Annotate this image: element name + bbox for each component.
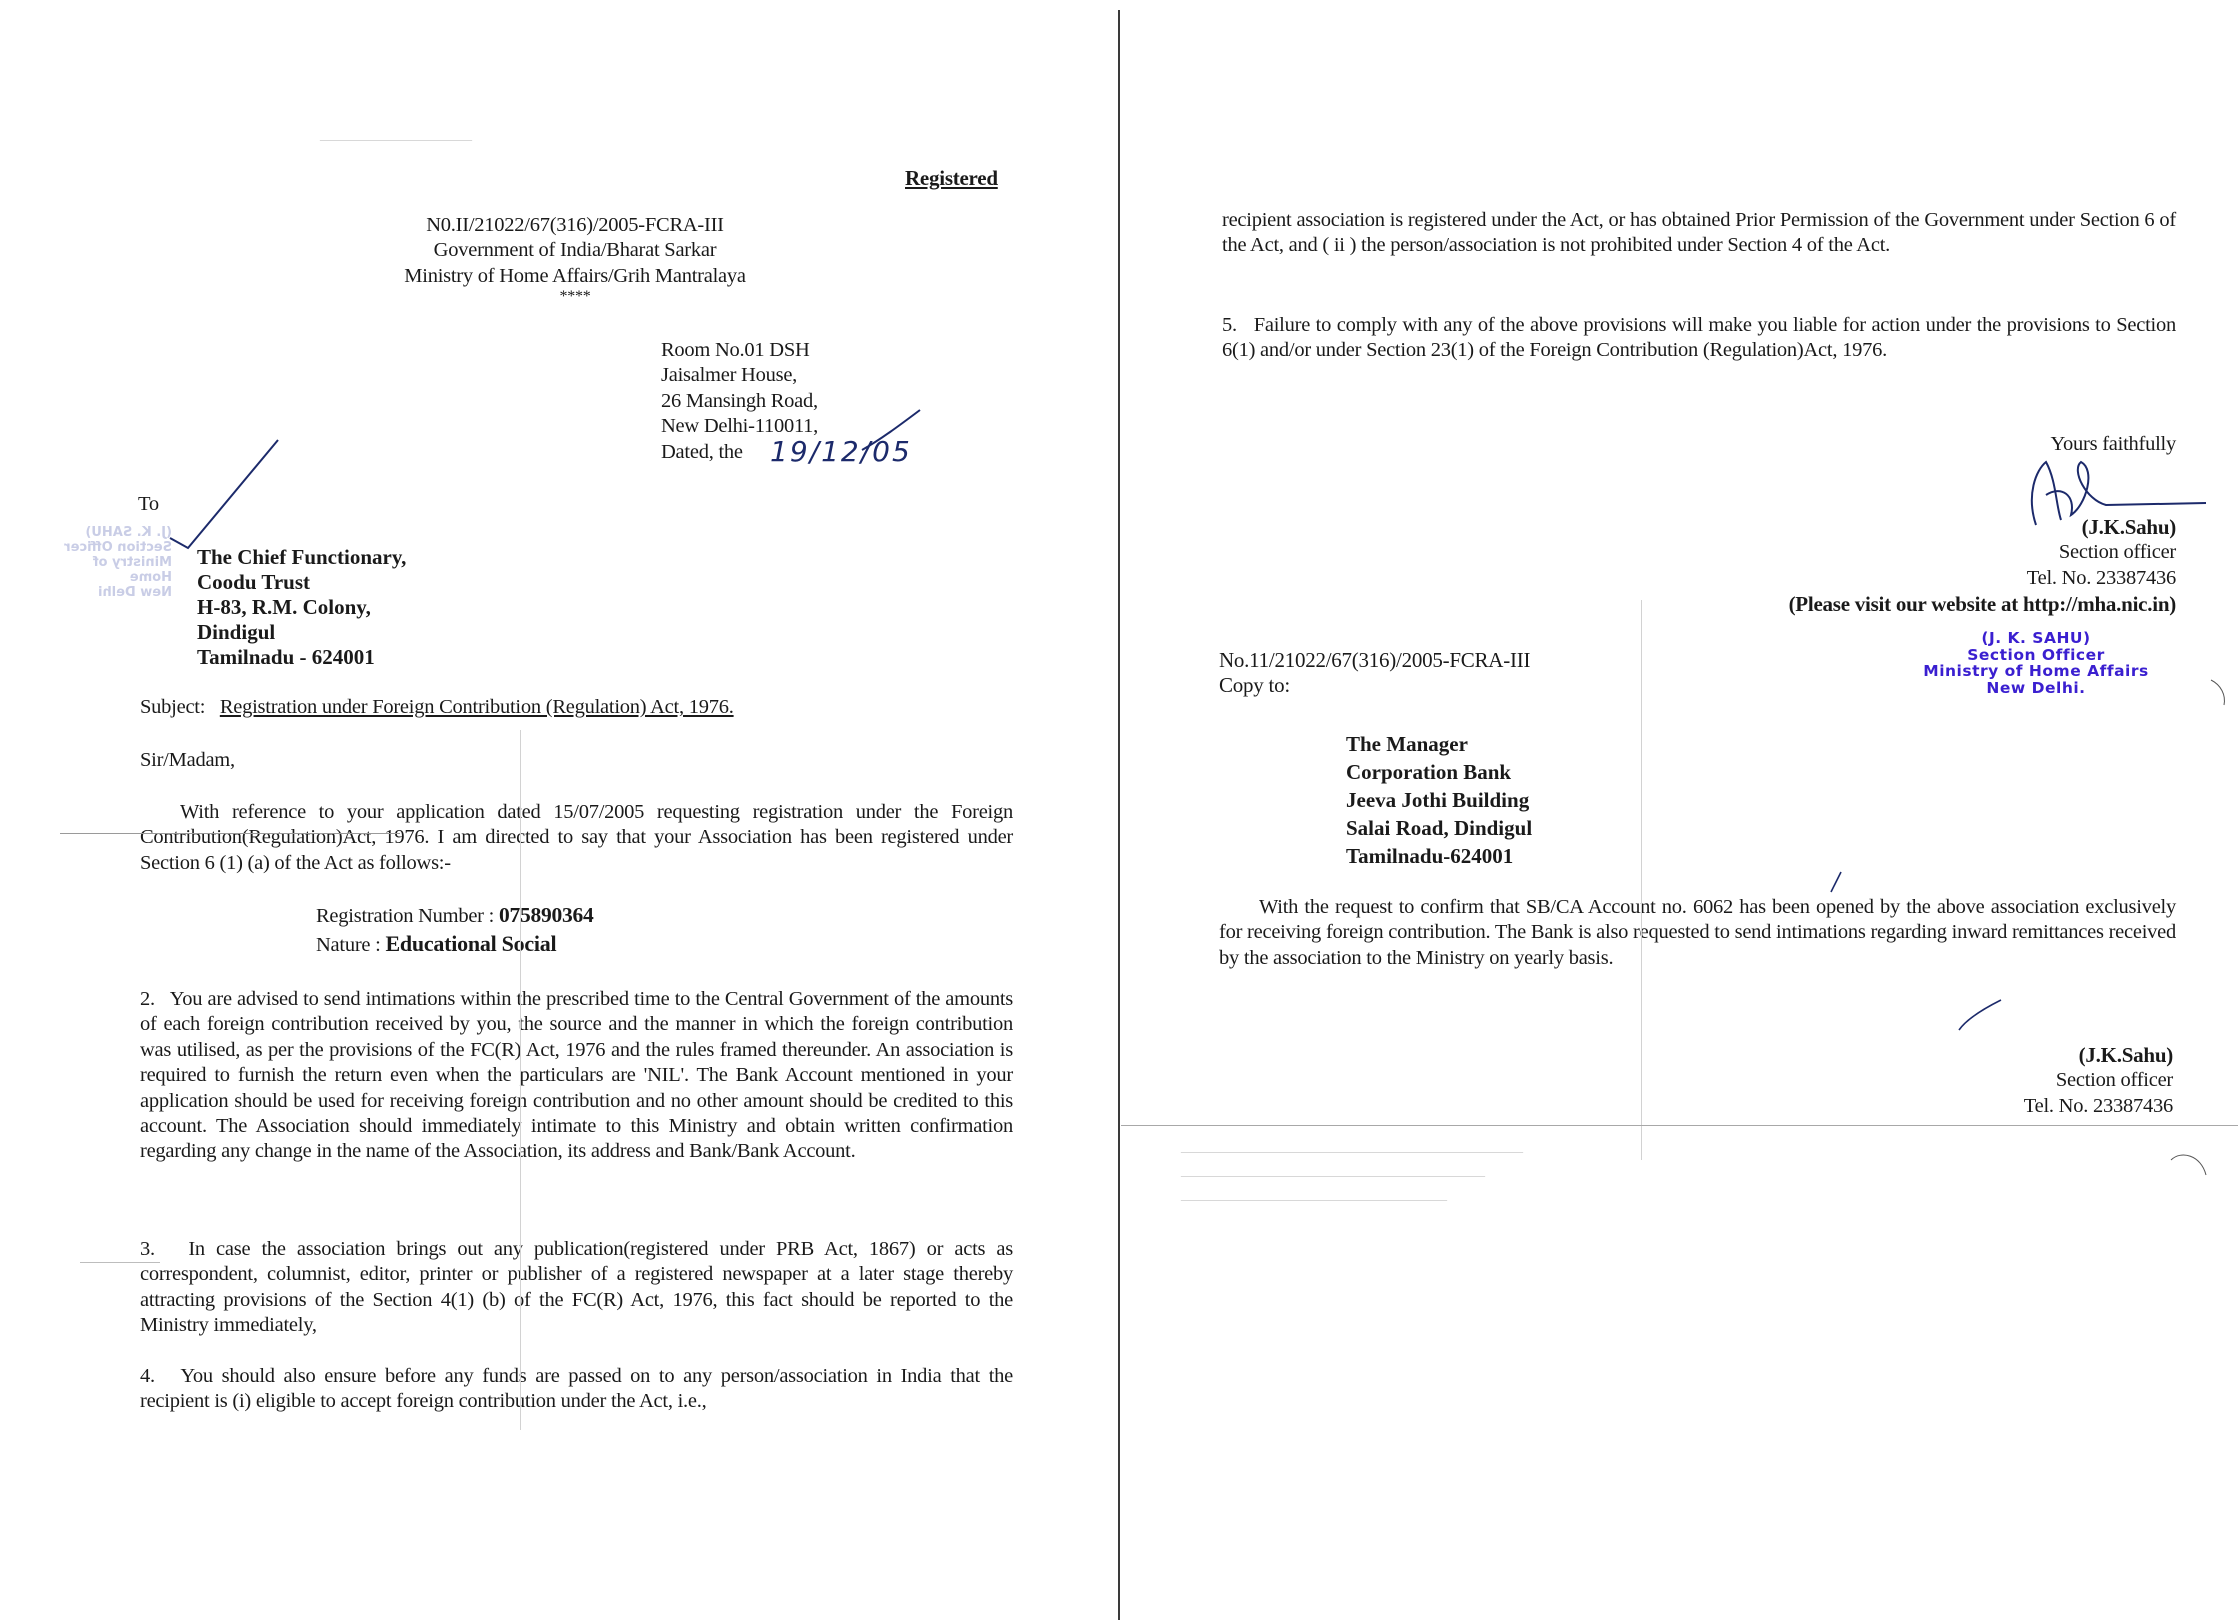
recipient-line-5: Tamilnadu - 624001 (197, 645, 406, 670)
registration-number-label: Registration Number : (316, 905, 499, 927)
scan-artifact-line (60, 833, 400, 834)
recipient-address: The Chief Functionary, Coodu Trust H-83,… (197, 545, 406, 670)
to-label: To (138, 492, 159, 517)
fold-line (1641, 600, 1642, 1160)
nature-value: Educational Social (385, 931, 556, 956)
signatory-2-telephone: Tel. No. 23387436 (1821, 1094, 2173, 1119)
scan-artifact-line (80, 1262, 160, 1263)
paragraph-3: 3. In case the association brings out an… (140, 1237, 1013, 1339)
page-divider (1118, 10, 1120, 1620)
pen-marks-right (1121, 0, 2238, 1620)
scan-artifact-line (1121, 1125, 2238, 1126)
fold-line (520, 730, 521, 1430)
signatory-2-name: (J.K.Sahu) (1821, 1043, 2173, 1068)
paragraph-4: 4. You should also ensure before any fun… (140, 1364, 1013, 1415)
signatory-block-2: (J.K.Sahu) Section officer Tel. No. 2338… (1821, 1043, 2173, 1119)
recipient-line-1: The Chief Functionary, (197, 545, 406, 570)
subject-line: Subject: Registration under Foreign Cont… (140, 695, 1040, 720)
nature-row: Nature : Educational Social (316, 931, 593, 958)
recipient-line-4: Dindigul (197, 620, 406, 645)
intro-paragraph: With reference to your application dated… (140, 800, 1013, 876)
recipient-line-3: H-83, R.M. Colony, (197, 595, 406, 620)
signatory-2-designation: Section officer (1821, 1068, 2173, 1093)
subject-text: Registration under Foreign Contribution … (220, 696, 734, 718)
letter-page-left: ―――――――― Registered N0.II/21022/67(316)/… (0, 0, 1118, 1620)
letter-page-right: recipient association is registered unde… (1121, 0, 2238, 1620)
registration-number-value: 075890364 (499, 903, 594, 927)
paragraph-2: 2. You are advised to send intimations w… (140, 987, 1013, 1165)
recipient-line-2: Coodu Trust (197, 570, 406, 595)
bleed-through-text: ―――――――――――――――――― ―――――――――――――――― ――――… (1181, 1140, 2181, 1212)
bleed-through-stamp: (J. K. SAHU)Section OfficerMinistry of H… (62, 525, 172, 600)
nature-label: Nature : (316, 934, 385, 956)
registration-details: Registration Number : 075890364 Nature :… (316, 903, 593, 959)
subject-label: Subject: (140, 696, 205, 718)
registration-number-row: Registration Number : 075890364 (316, 903, 593, 929)
bank-paragraph: With the request to confirm that SB/CA A… (1219, 895, 2176, 971)
salutation: Sir/Madam, (140, 748, 235, 773)
